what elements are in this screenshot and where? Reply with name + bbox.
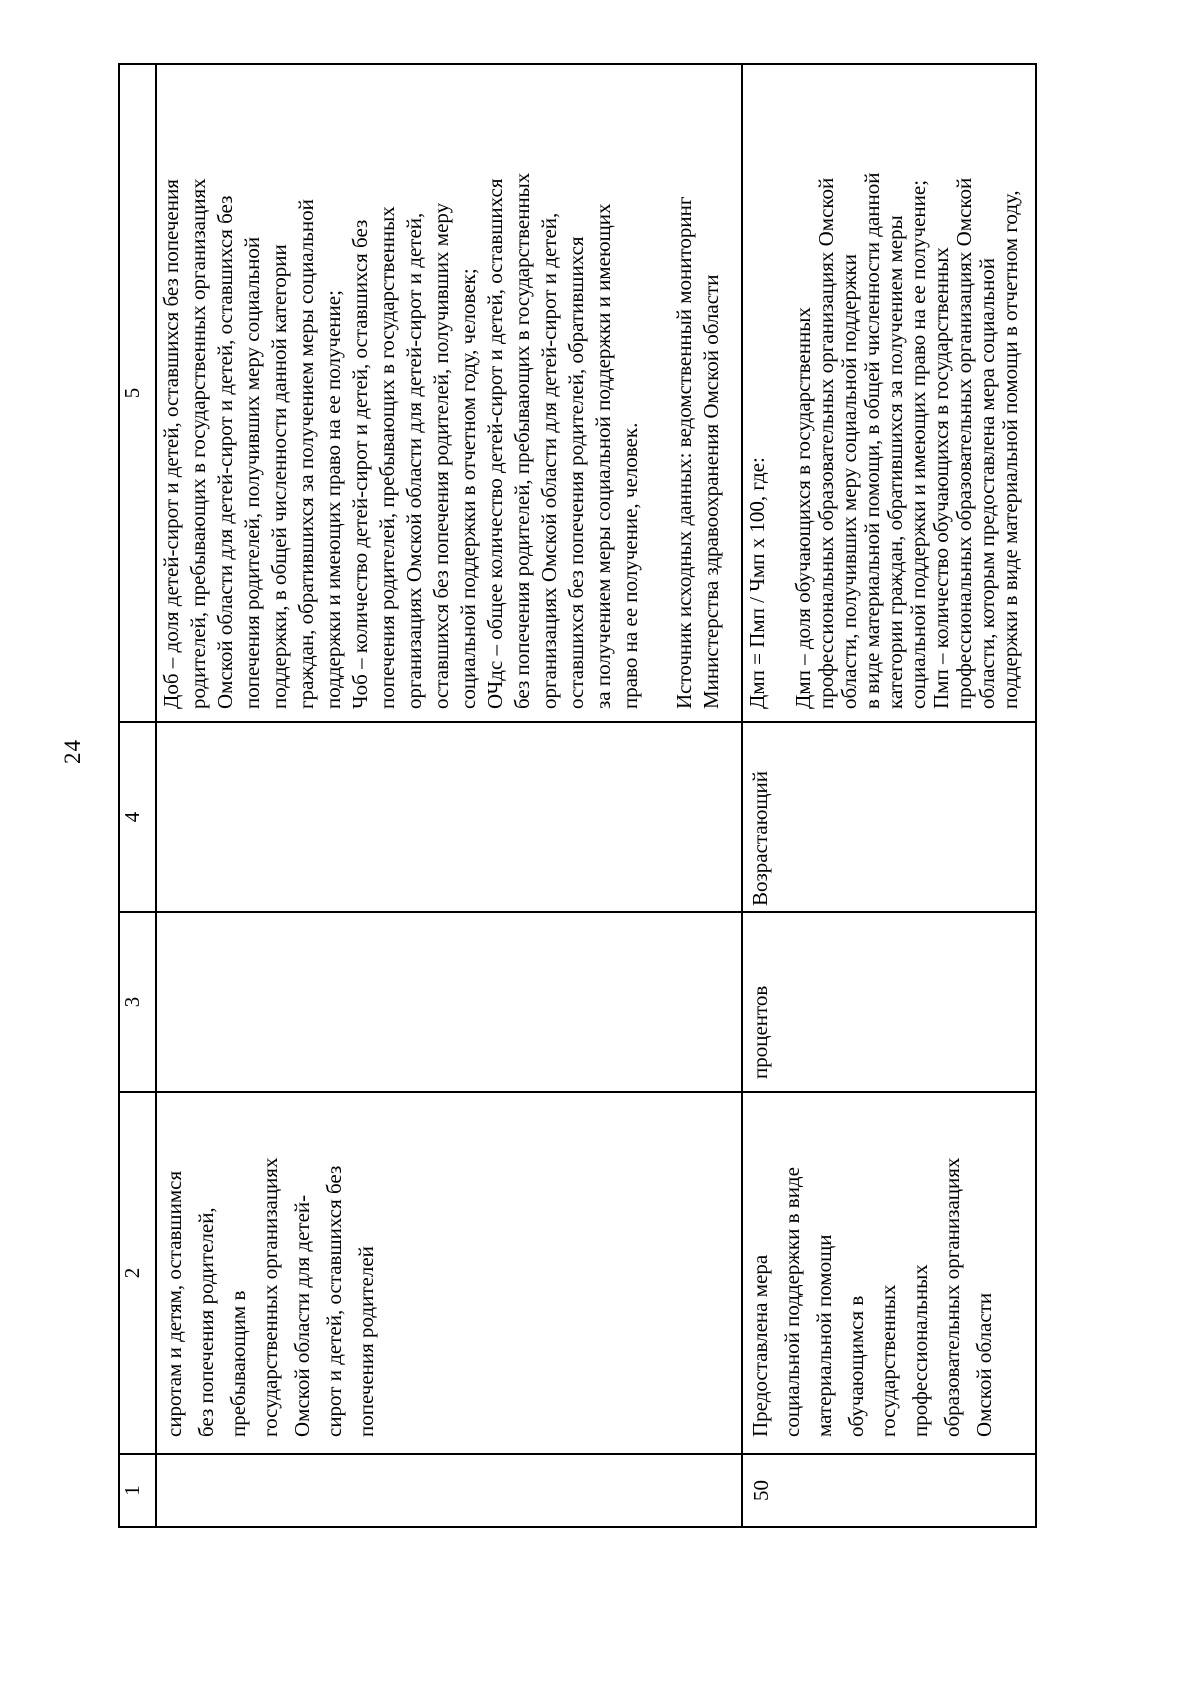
formula-cell: Дмп = Пмп / Чмп х 100, где: Дмп – доля о… [742, 64, 1036, 722]
rotated-landscape-sheet: 24 1 2 3 4 5 сиротам и детям, оставшимся… [0, 0, 1200, 1697]
table-row-50: 50 Предоставлена мера социальной поддерж… [742, 64, 1036, 1527]
table-header-row: 1 2 3 4 5 [119, 64, 156, 1527]
column-header-2: 2 [119, 1092, 156, 1454]
page-number: 24 [60, 739, 86, 764]
column-header-5: 5 [119, 64, 156, 722]
column-header-1: 1 [119, 1454, 156, 1527]
trend-cell [156, 722, 742, 912]
indicators-table: 1 2 3 4 5 сиротам и детям, оставшимся бе… [118, 63, 1037, 1528]
table-row-continuation: сиротам и детям, оставшимся без попечени… [156, 64, 742, 1527]
document-page: 24 1 2 3 4 5 сиротам и детям, оставшимся… [0, 0, 1200, 1697]
row-number-cell: 50 [742, 1454, 1036, 1527]
row-number-cell [156, 1454, 742, 1527]
measure-name-cell: сиротам и детям, оставшимся без попечени… [156, 1092, 742, 1454]
measure-name-cell: Предоставлена мера социальной поддержки … [742, 1092, 1036, 1454]
formula-cell: Доб – доля детей-сирот и детей, оставших… [156, 64, 742, 722]
unit-cell: процентов [742, 912, 1036, 1092]
trend-cell: Возрастающий [742, 722, 1036, 912]
column-header-4: 4 [119, 722, 156, 912]
unit-cell [156, 912, 742, 1092]
column-header-3: 3 [119, 912, 156, 1092]
